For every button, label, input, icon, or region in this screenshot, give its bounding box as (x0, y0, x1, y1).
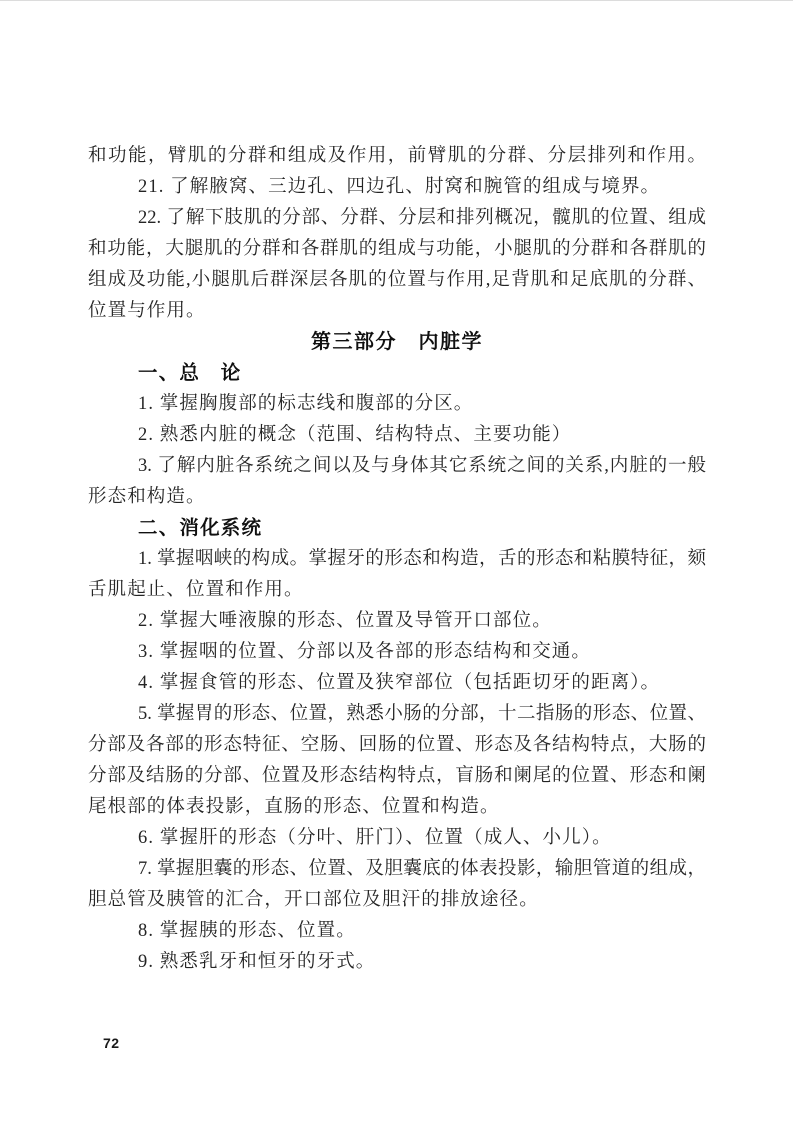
text-line: 分部及各部的形态特征、空肠、回肠的位置、形态及各结构特点，大肠的 (88, 730, 706, 761)
document-page: 和功能，臂肌的分群和组成及作用，前臂肌的分群、分层排列和作用。21. 了解腋窝、… (0, 0, 793, 1122)
list-item-line: 1. 掌握咽峡的构成。掌握牙的形态和构造，舌的形态和粘膜特征，颏 (88, 544, 706, 575)
text-line: 形态和构造。 (88, 482, 706, 513)
part-title: 第三部分 内脏学 (88, 327, 706, 358)
text-line: 和功能，大腿肌的分群和各群肌的组成与功能，小腿肌的分群和各群肌的 (88, 234, 706, 265)
list-item-line: 6. 掌握肝的形态（分叶、肝门）、位置（成人、小儿）。 (88, 823, 706, 854)
list-item-line: 8. 掌握胰的形态、位置。 (88, 916, 706, 947)
list-item-line: 7. 掌握胆囊的形态、位置、及胆囊底的体表投影，输胆管道的组成， (88, 854, 706, 885)
list-item-line: 22. 了解下肢肌的分部、分群、分层和排列概况，髋肌的位置、组成 (88, 203, 706, 234)
text-line: 尾根部的体表投影，直肠的形态、位置和构造。 (88, 792, 706, 823)
list-item-line: 2. 熟悉内脏的概念（范围、结构特点、主要功能） (88, 420, 706, 451)
text-line: 位置与作用。 (88, 296, 706, 327)
list-item-line: 3. 掌握咽的位置、分部以及各部的形态结构和交通。 (88, 637, 706, 668)
list-item-line: 2. 掌握大唾液腺的形态、位置及导管开口部位。 (88, 606, 706, 637)
list-item-line: 21. 了解腋窝、三边孔、四边孔、肘窝和腕管的组成与境界。 (88, 172, 706, 203)
list-item-line: 9. 熟悉乳牙和恒牙的牙式。 (88, 947, 706, 978)
section-heading: 一、总 论 (88, 358, 706, 389)
text-line: 舌肌起止、位置和作用。 (88, 575, 706, 606)
text-line: 组成及功能,小腿肌后群深层各肌的位置与作用,足背肌和足底肌的分群、 (88, 265, 706, 296)
text-line: 分部及结肠的分部、位置及形态结构特点，盲肠和阑尾的位置、形态和阑 (88, 761, 706, 792)
text-line: 和功能，臂肌的分群和组成及作用，前臂肌的分群、分层排列和作用。 (88, 141, 706, 172)
scan-edge-line (0, 0, 793, 1)
section-heading: 二、消化系统 (88, 513, 706, 544)
list-item-line: 1. 掌握胸腹部的标志线和腹部的分区。 (88, 389, 706, 420)
text-line: 胆总管及胰管的汇合，开口部位及胆汗的排放途径。 (88, 885, 706, 916)
list-item-line: 3. 了解内脏各系统之间以及与身体其它系统之间的关系,内脏的一般 (88, 451, 706, 482)
page-number: 72 (103, 1035, 120, 1051)
text-column: 和功能，臂肌的分群和组成及作用，前臂肌的分群、分层排列和作用。21. 了解腋窝、… (88, 141, 706, 978)
list-item-line: 4. 掌握食管的形态、位置及狭窄部位（包括距切牙的距离）。 (88, 668, 706, 699)
list-item-line: 5. 掌握胃的形态、位置，熟悉小肠的分部，十二指肠的形态、位置、 (88, 699, 706, 730)
